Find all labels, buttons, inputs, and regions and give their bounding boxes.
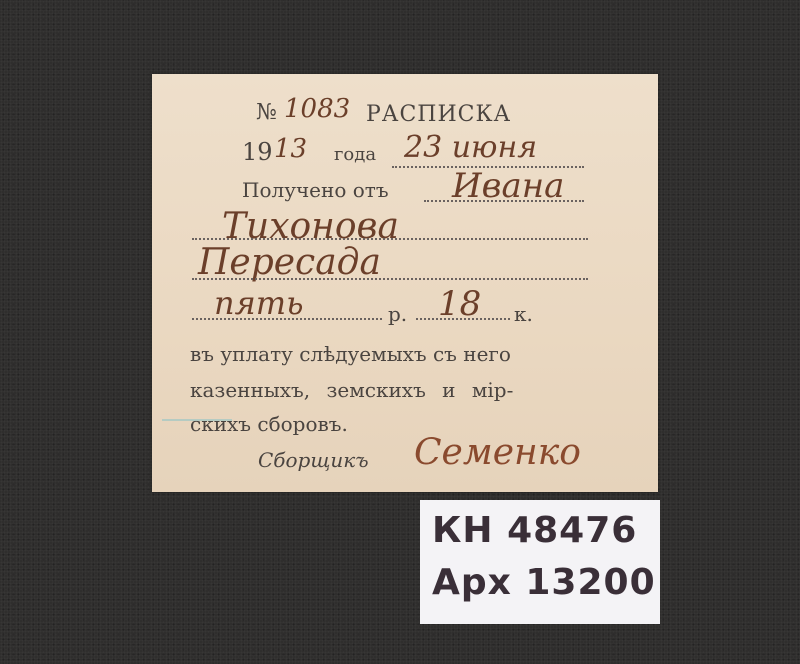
payer-name-line3: Пересада [198,242,381,283]
rubles-amount: пять [214,284,304,322]
archive-label-line1: КН 48476 [432,510,637,551]
body-text-line3: скихъ сборовъ. [190,412,348,436]
archive-label-line2: Арх 13200 [432,562,656,603]
received-from-label: Получено отъ [242,178,389,202]
receipt-title: РАСПИСКА [366,102,511,127]
receipt-document: № 1083 РАСПИСКА 19 13 года 23 июня Получ… [152,74,658,492]
date-handwritten: 23 июня [404,130,537,165]
body-text-line2: казенныхъ, земскихъ и мір- [190,378,513,402]
collector-signature: Семенко [414,432,581,473]
receipt-number: 1083 [284,94,350,124]
faded-stamp-mark [162,419,232,421]
year-printed: 19 [242,138,273,166]
kopecks-line [416,318,510,320]
archive-label: КН 48476 Арх 13200 [420,500,660,624]
payer-line-1 [424,200,584,202]
payer-line-2 [192,238,588,240]
payer-name-line2: Тихонова [222,206,399,247]
rubles-label: р. [388,302,407,326]
payer-line-3 [192,278,588,280]
rubles-line [192,318,382,320]
number-sign: № [256,100,277,125]
body-text-line1: въ уплату слѣдуемыхъ съ него [190,342,511,366]
year-word: года [334,144,376,165]
collector-label: Сборщикъ [258,448,369,472]
kopecks-label: к. [514,302,533,326]
year-handwritten: 13 [274,134,307,164]
